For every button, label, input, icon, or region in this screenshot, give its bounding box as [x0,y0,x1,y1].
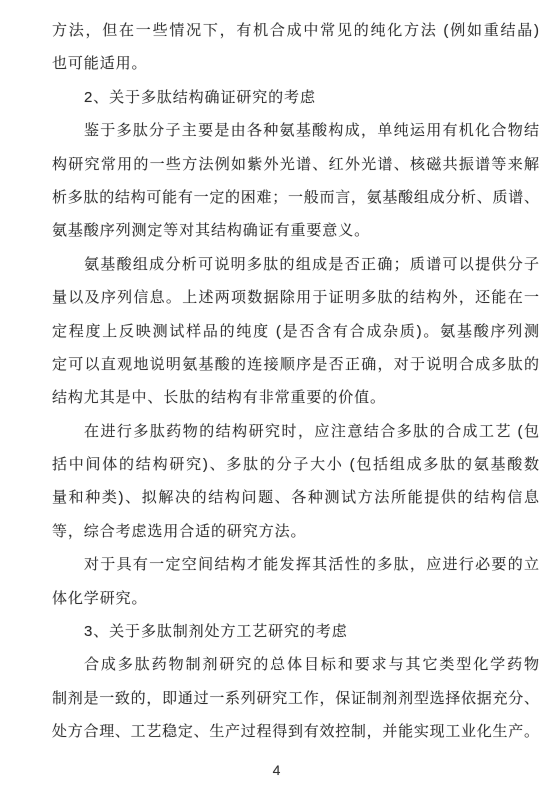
text-line: 括中间体的结构研究)、多肽的分子大小 (包括组成多肽的氨基酸数 [52,448,539,481]
document-page: 方法，但在一些情况下，有机合成中常见的纯化方法 (例如重结晶)也可能适用。2、关… [0,0,553,795]
text-line: 等，综合考虑选用合适的研究方法。 [52,515,539,548]
text-line: 氨基酸序列测定等对其结构确证有重要意义。 [52,214,539,247]
document-body: 方法，但在一些情况下，有机合成中常见的纯化方法 (例如重结晶)也可能适用。2、关… [52,14,539,749]
text-line: 氨基酸组成分析可说明多肽的组成是否正确；质谱可以提供分子 [52,248,539,281]
text-line: 也可能适用。 [52,47,539,80]
text-line: 制剂是一致的，即通过一系列研究工作，保证制剂剂型选择依据充分、 [52,682,539,715]
text-line: 体化学研究。 [52,582,539,615]
text-line: 处方合理、工艺稳定、生产过程得到有效控制，并能实现工业化生产。 [52,715,539,748]
section-heading: 3、关于多肽制剂处方工艺研究的考虑 [52,615,539,648]
text-line: 定可以直观地说明氨基酸的连接顺序是否正确，对于说明合成多肽的 [52,348,539,381]
text-line: 构研究常用的一些方法例如紫外光谱、红外光谱、核磁共振谱等来解 [52,148,539,181]
text-line: 析多肽的结构可能有一定的困难；一般而言，氨基酸组成分析、质谱、 [52,181,539,214]
text-line: 量和种类)、拟解决的结构问题、各种测试方法所能提供的结构信息 [52,481,539,514]
text-line: 合成多肽药物制剂研究的总体目标和要求与其它类型化学药物 [52,648,539,681]
text-line: 定程度上反映测试样品的纯度 (是否含有合成杂质)。氨基酸序列测 [52,315,539,348]
text-line: 在进行多肽药物的结构研究时，应注意结合多肽的合成工艺 (包 [52,415,539,448]
text-line: 结构尤其是中、长肽的结构有非常重要的价值。 [52,381,539,414]
text-line: 方法，但在一些情况下，有机合成中常见的纯化方法 (例如重结晶) [52,14,539,47]
section-heading: 2、关于多肽结构确证研究的考虑 [52,81,539,114]
text-line: 鉴于多肽分子主要是由各种氨基酸构成，单纯运用有机化合物结 [52,114,539,147]
text-line: 对于具有一定空间结构才能发挥其活性的多肽，应进行必要的立 [52,548,539,581]
text-line: 量以及序列信息。上述两项数据除用于证明多肽的结构外，还能在一 [52,281,539,314]
page-number-footer: 4 [0,762,553,778]
